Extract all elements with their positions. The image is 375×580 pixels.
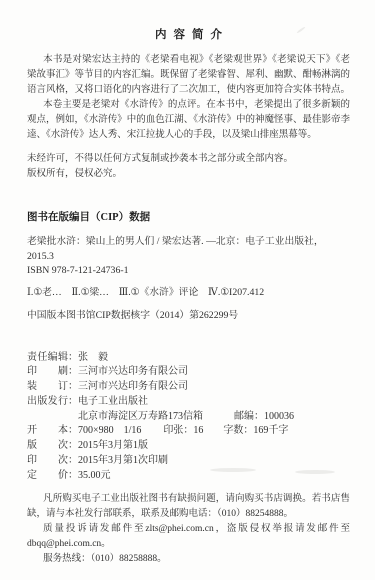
printer-value: 三河市兴达印务有限公司 — [78, 365, 188, 380]
section-title-content-summary: 内容简介 — [34, 26, 350, 42]
book-copyright-page: 内容简介 本书是对梁宏达主持的《老梁看电视》《老梁观世界》《老梁说天下》《老梁故… — [0, 0, 375, 580]
edition-value: 2015年3月第1版 — [78, 439, 148, 454]
page-content: 内容简介 本书是对梁宏达主持的《老梁看电视》《老梁观世界》《老梁说天下》《老梁故… — [0, 0, 375, 567]
summary-paragraph-1: 本书是对梁宏达主持的《老梁看电视》《老梁观世界》《老梁说天下》《老梁故事汇》等节… — [27, 53, 350, 98]
postcode: 邮编：100036 — [234, 410, 294, 425]
publisher-address: 北京市海淀区万寿路173信箱 — [78, 410, 203, 425]
format-value: 700×980 1/16 — [78, 424, 141, 439]
colophon-row-printer: 印刷：三河市兴达印务有限公司 — [27, 365, 350, 380]
price-value: 35.00元 — [78, 469, 111, 484]
service-footer: 凡所购买电子工业出版社图书有缺损问题，请向购买书店调换。若书店售缺，请与本社发行… — [27, 492, 350, 567]
publisher-label: 出版发行 — [27, 395, 68, 410]
colophon-row-address: 北京市海淀区万寿路173信箱邮编：100036 — [27, 410, 350, 425]
label-colon: ： — [68, 424, 78, 439]
word-count: 字数：169千字 — [223, 424, 288, 439]
publisher-value: 电子工业出版社 — [78, 395, 148, 410]
colophon: 责任编辑：张 毅 印刷：三河市兴达印务有限公司 装订：三河市兴达印务有限公司 出… — [27, 351, 350, 484]
label-colon: ： — [68, 395, 78, 410]
service-hotline: 服务热线：（010）88258888。 — [27, 552, 350, 567]
label-colon: ： — [68, 454, 78, 469]
colophon-row-edition: 版次：2015年3月第1版 — [27, 439, 350, 454]
isbn-line: ISBN 978-7-121-24736-1 — [27, 264, 350, 279]
printed-sheets: 印张：16 — [163, 424, 203, 439]
label-colon: ： — [68, 439, 78, 454]
colophon-row-editor: 责任编辑：张 毅 — [27, 351, 350, 366]
printer-label: 印刷 — [27, 365, 68, 380]
label-colon: ： — [68, 351, 78, 366]
editor-value: 张 毅 — [78, 351, 108, 366]
label-colon: ： — [68, 380, 78, 395]
colophon-row-publisher: 出版发行：电子工业出版社 — [27, 395, 350, 410]
cip-classification-line: Ⅰ.①老… Ⅱ.①梁… Ⅲ.①《水浒》评论 Ⅳ.①I207.412 — [27, 286, 350, 301]
binder-label: 装订 — [27, 380, 68, 395]
cip-record-number: 中国版本图书馆CIP数据核字（2014）第262299号 — [27, 309, 350, 324]
copyright-notice: 未经许可，不得以任何方式复制或抄袭本书之部分或全部内容。 — [27, 152, 350, 167]
editor-label: 责任编辑 — [27, 351, 68, 366]
cip-heading: 图书在版编目（CIP）数据 — [27, 209, 350, 224]
label-colon: ： — [68, 469, 78, 484]
rights-reserved-notice: 版权所有，侵权必究。 — [27, 167, 350, 182]
colophon-row-format: 开本：700×980 1/16印张：16字数：169千字 — [27, 424, 350, 439]
colophon-row-price: 定价：35.00元 — [27, 469, 350, 484]
colophon-row-impression: 印次：2015年3月第1次印刷 — [27, 454, 350, 469]
summary-paragraph-2: 本卷主要是老梁对《水浒传》的点评。在本书中，老梁提出了很多新颖的观点，例如，《水… — [27, 98, 350, 143]
format-label: 开本 — [27, 424, 68, 439]
edition-label: 版次 — [27, 439, 68, 454]
impression-label: 印次 — [27, 454, 68, 469]
colophon-row-binder: 装订：三河市兴达印务有限公司 — [27, 380, 350, 395]
impression-value: 2015年3月第1次印刷 — [78, 454, 168, 469]
price-label: 定价 — [27, 469, 68, 484]
exchange-notice: 凡所购买电子工业出版社图书有缺损问题，请向购买书店调换。若书店售缺，请与本社发行… — [27, 492, 350, 522]
binder-value: 三河市兴达印务有限公司 — [78, 380, 188, 395]
label-colon: ： — [68, 365, 78, 380]
copyright-notice-block: 未经许可，不得以任何方式复制或抄袭本书之部分或全部内容。 版权所有，侵权必究。 — [27, 152, 350, 182]
complaint-notice: 质量投诉请发邮件至zlts@phei.com.cn，盗版侵权举报请发邮件至dbq… — [27, 522, 350, 552]
cip-title-line: 老梁批水浒：梁山上的男人们 / 梁宏达著. —北京：电子工业出版社，2015.3 — [27, 235, 350, 264]
